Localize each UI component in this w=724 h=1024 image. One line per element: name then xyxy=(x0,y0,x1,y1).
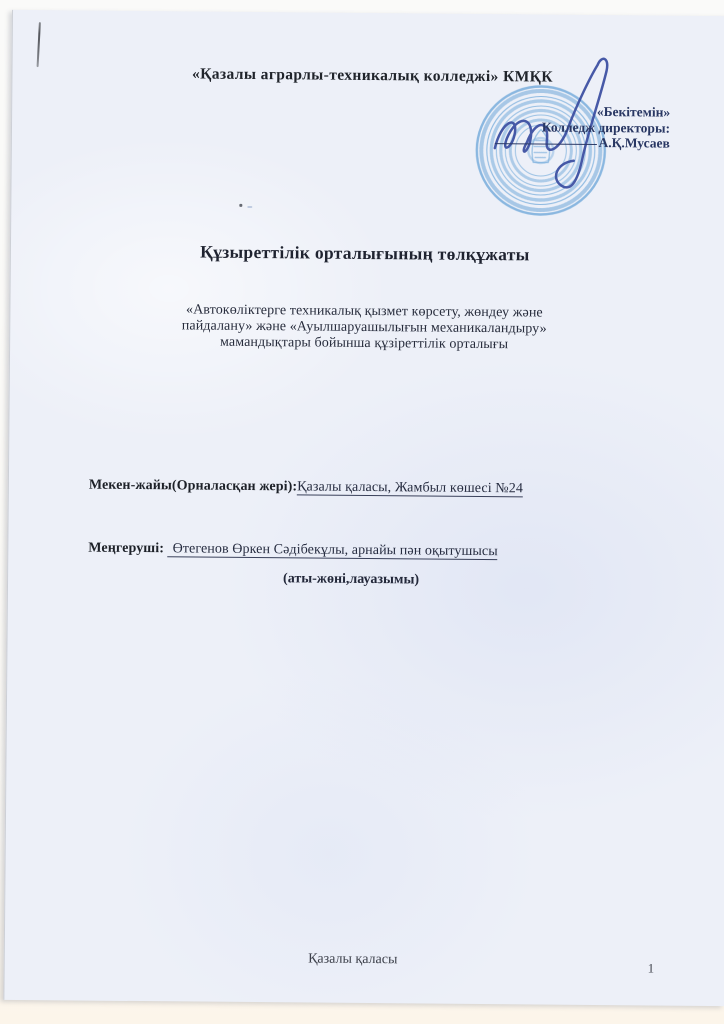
document-title: Құзыреттілік орталығының төлқұжаты xyxy=(5,240,724,267)
manager-value: Өтегенов Өркен Сәдібекұлы, арнайы пән оқ… xyxy=(168,541,498,560)
staple-mark xyxy=(37,22,41,67)
director-name: А.Қ.Мусаев xyxy=(598,135,670,151)
name-position-hint: (аты-жөні,лауазымы) xyxy=(0,569,711,591)
signature-underline xyxy=(494,142,596,145)
address-line: Мекен-жайы(Орналасқан жері):Қазалы қалас… xyxy=(89,478,699,499)
approval-signature-line: А.Қ.Мусаев xyxy=(370,133,670,151)
manager-label: Меңгеруші: xyxy=(88,541,164,557)
scan-speck xyxy=(239,204,242,207)
address-label: Мекен-жайы(Орналасқан жері): xyxy=(89,478,297,495)
footer-city: Қазалы қаласы xyxy=(0,949,713,971)
page-number: 1 xyxy=(648,960,655,976)
scanned-document-canvas: «Қазалы аграрлы-техникалық колледжі» КМҚ… xyxy=(0,0,724,1024)
approval-block: «Бекітемін» Колледж директоры: А.Қ.Мусае… xyxy=(370,102,670,151)
address-value: Қазалы қаласы, Жамбыл көшесі №24 xyxy=(297,479,523,497)
document-page: «Қазалы аграрлы-техникалық колледжі» КМҚ… xyxy=(3,10,724,1006)
scan-smudge xyxy=(247,206,252,208)
manager-line: Меңгеруші: Өтегенов Өркен Сәдібекұлы, ар… xyxy=(88,541,698,562)
document-subtitle: «Автокөліктерге техникалық қызмет көрсет… xyxy=(4,301,724,355)
